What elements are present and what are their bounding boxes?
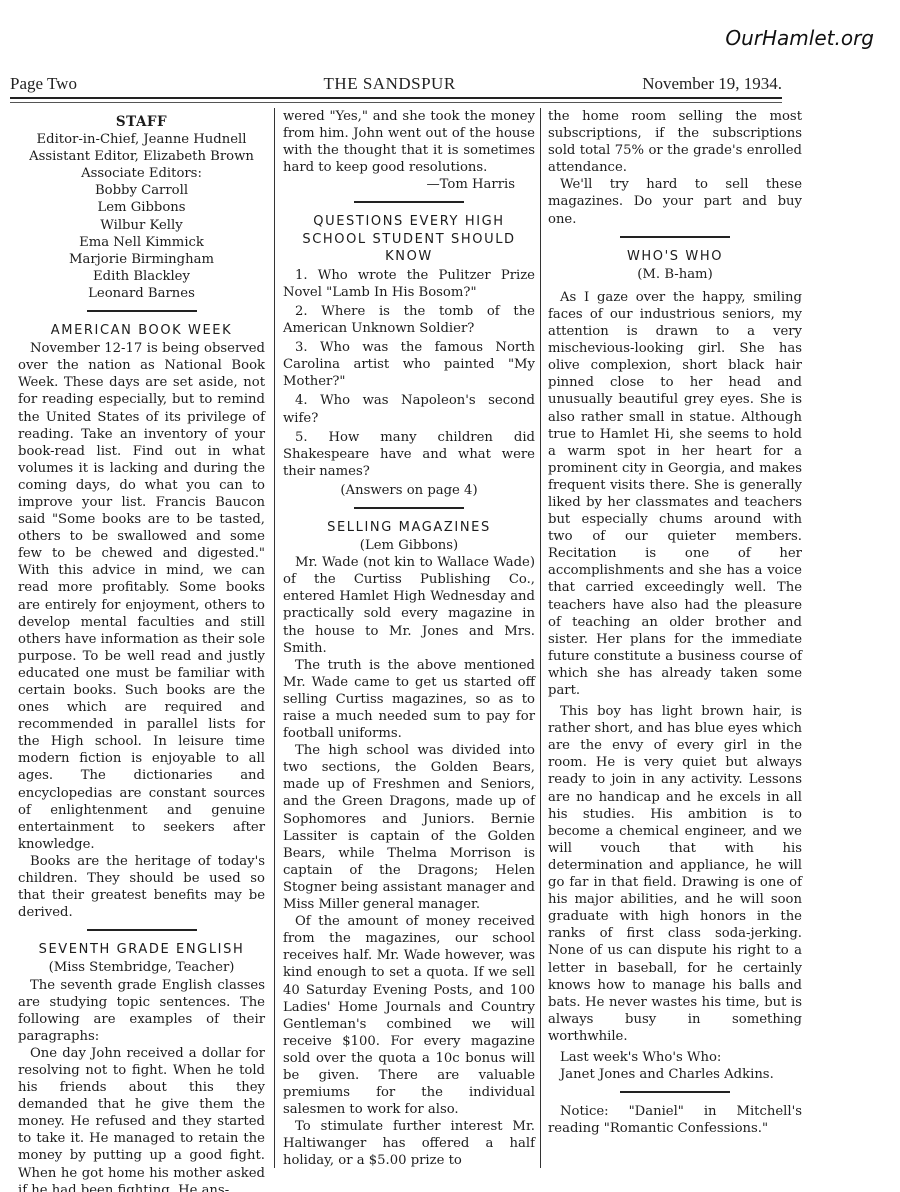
article-paragraph: One day John received a dollar for resol… (18, 1045, 265, 1192)
section-rule (620, 236, 730, 238)
newspaper-title: THE SANDSPUR (324, 74, 456, 94)
article-magazines: SELLING MAGAZINES (Lem Gibbons) Mr. Wade… (283, 519, 535, 1170)
article-byline: (Lem Gibbons) (283, 537, 535, 554)
article-byline: (M. B-ham) (548, 266, 802, 283)
staff-line: Ema Nell Kimmick (18, 234, 265, 251)
columns: STAFF Editor-in-Chief, Jeanne Hudnell As… (18, 108, 782, 1168)
section-rule (87, 929, 197, 931)
article-heading: SELLING MAGAZINES (283, 519, 535, 536)
article-paragraph: November 12-17 is being observed over th… (18, 340, 265, 853)
masthead: Page Two THE SANDSPUR November 19, 1934. (10, 74, 782, 94)
article-whos-who: WHO'S WHO (M. B-ham) As I gaze over the … (548, 248, 802, 1084)
staff-line: Wilbur Kelly (18, 217, 265, 234)
column-divider (540, 108, 541, 1168)
article-paragraph-continued: wered "Yes," and she took the money from… (283, 108, 535, 176)
masthead-rule-thin (10, 102, 782, 103)
staff-line: Editor-in-Chief, Jeanne Hudnell (18, 131, 265, 148)
issue-date: November 19, 1934. (642, 74, 782, 94)
article-paragraph: Of the amount of money received from the… (283, 913, 535, 1118)
article-heading: QUESTIONS EVERY HIGH SCHOOL STUDENT SHOU… (283, 213, 535, 264)
staff-line: Assistant Editor, Elizabeth Brown (18, 148, 265, 165)
article-seventh-grade: SEVENTH GRADE ENGLISH (Miss Stembridge, … (18, 941, 265, 1192)
article-heading: AMERICAN BOOK WEEK (18, 322, 265, 339)
staff-line: Bobby Carroll (18, 182, 265, 199)
column-divider (274, 108, 275, 1168)
answers-note: (Answers on page 4) (283, 482, 535, 499)
staff-box: STAFF Editor-in-Chief, Jeanne Hudnell As… (18, 114, 265, 302)
staff-line: Lem Gibbons (18, 199, 265, 216)
article-paragraph: The seventh grade English classes are st… (18, 977, 265, 1045)
article-heading: WHO'S WHO (548, 248, 802, 265)
article-paragraph: We'll try hard to sell these magazines. … (548, 176, 802, 227)
article-paragraph: This boy has light brown hair, is rather… (548, 703, 802, 1045)
staff-line: Associate Editors: (18, 165, 265, 182)
watermark: OurHamlet.org (725, 26, 874, 50)
column-1: STAFF Editor-in-Chief, Jeanne Hudnell As… (18, 108, 265, 1192)
masthead-rule (10, 97, 782, 99)
question-item: 2. Where is the tomb of the American Unk… (283, 303, 535, 337)
staff-line: Edith Blackley (18, 268, 265, 285)
question-item: 4. Who was Napoleon's second wife? (283, 392, 535, 426)
article-paragraph: Last week's Who's Who: (548, 1049, 802, 1066)
article-paragraph: The high school was divided into two sec… (283, 742, 535, 913)
question-item: 1. Who wrote the Pulitzer Prize Novel "L… (283, 267, 535, 301)
article-paragraph: To stimulate further interest Mr. Haltiw… (283, 1118, 535, 1169)
section-rule (354, 507, 464, 509)
article-signature: —Tom Harris (283, 176, 535, 193)
column-2: wered "Yes," and she took the money from… (283, 108, 535, 1170)
article-paragraph-continued: the home room selling the most subscript… (548, 108, 802, 176)
article-book-week: AMERICAN BOOK WEEK November 12-17 is bei… (18, 322, 265, 921)
article-paragraph: The truth is the above mentioned Mr. Wad… (283, 657, 535, 742)
page-number: Page Two (10, 74, 77, 94)
staff-title: STAFF (18, 114, 265, 131)
column-3: the home room selling the most subscript… (548, 108, 802, 1137)
article-paragraph: Janet Jones and Charles Adkins. (548, 1066, 802, 1083)
article-paragraph: Mr. Wade (not kin to Wallace Wade) of th… (283, 554, 535, 657)
staff-line: Marjorie Birmingham (18, 251, 265, 268)
staff-line: Leonard Barnes (18, 285, 265, 302)
section-rule (620, 1091, 730, 1093)
article-heading: SEVENTH GRADE ENGLISH (18, 941, 265, 958)
question-item: 3. Who was the famous North Carolina art… (283, 339, 535, 390)
section-rule (87, 310, 197, 312)
article-questions: QUESTIONS EVERY HIGH SCHOOL STUDENT SHOU… (283, 213, 535, 499)
section-rule (354, 201, 464, 203)
article-byline: (Miss Stembridge, Teacher) (18, 959, 265, 976)
notice: Notice: "Daniel" in Mitchell's reading "… (548, 1103, 802, 1137)
article-paragraph: Books are the heritage of today's childr… (18, 853, 265, 921)
article-paragraph: As I gaze over the happy, smiling faces … (548, 289, 802, 699)
question-item: 5. How many children did Shakespeare hav… (283, 429, 535, 480)
